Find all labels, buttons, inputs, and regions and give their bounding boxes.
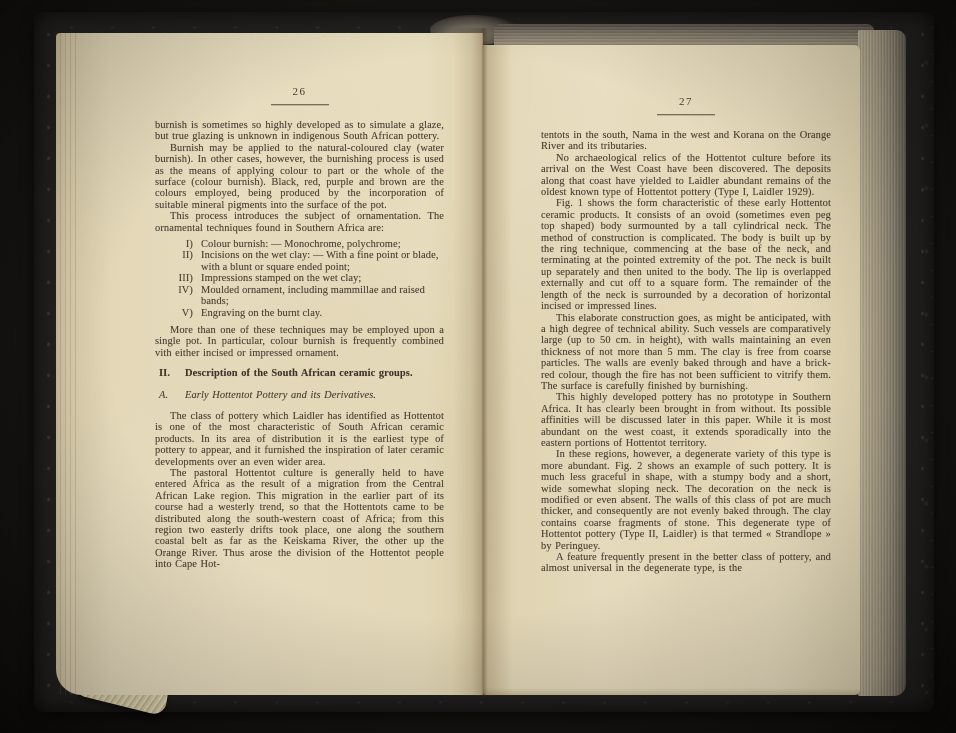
page-number-rule (657, 114, 715, 115)
paragraph: Burnish may be applied to the natural-co… (155, 143, 444, 211)
list-numeral: IV) (155, 285, 201, 308)
list-item-text: Moulded ornament, including mammillae an… (201, 285, 444, 308)
paragraph: This highly developed pottery has no pro… (541, 392, 831, 449)
section-heading-numeral: II. (159, 368, 185, 379)
ornament-techniques-list: I) Colour burnish: — Monochrome, polychr… (155, 239, 444, 319)
paragraph: tentots in the south, Nama in the west a… (541, 130, 831, 153)
list-numeral: I) (155, 239, 201, 250)
list-numeral: II) (155, 250, 201, 273)
list-item-text: Colour burnish: — Monochrome, polychrome… (201, 239, 444, 250)
section-heading-text: Description of the South African ceramic… (185, 368, 444, 379)
list-item: III) Impressions stamped on the wet clay… (155, 273, 444, 284)
section-heading: II. Description of the South African cer… (159, 368, 444, 379)
page-number-rule (271, 104, 329, 105)
paragraph: Fig. 1 shows the form characteristic of … (541, 198, 831, 312)
paragraph: burnish is sometimes so highly developed… (155, 120, 444, 143)
subsection-heading-letter: A. (159, 390, 185, 401)
list-numeral: III) (155, 273, 201, 284)
left-page-number: 26 (293, 86, 307, 98)
paragraph: The pastoral Hottentot culture is genera… (155, 468, 444, 571)
subsection-heading: A. Early Hottentot Pottery and its Deriv… (159, 390, 444, 401)
right-page-header: 27 (541, 92, 831, 115)
paragraph: A feature frequently present in the bett… (541, 552, 831, 575)
list-item: IV) Moulded ornament, including mammilla… (155, 285, 444, 308)
paragraph: No archaeological relics of the Hottento… (541, 153, 831, 199)
list-item-text: Engraving on the burnt clay. (201, 308, 444, 319)
list-item-text: Impressions stamped on the wet clay; (201, 273, 444, 284)
subsection-heading-text: Early Hottentot Pottery and its Derivati… (185, 390, 444, 401)
right-page-number: 27 (679, 96, 693, 108)
paragraph: This elaborate construction goes, as mig… (541, 313, 831, 393)
page-fore-edge-stack (858, 30, 906, 696)
list-item: I) Colour burnish: — Monochrome, polychr… (155, 239, 444, 250)
paragraph: In these regions, however, a degenerate … (541, 449, 831, 552)
list-item-text: Incisions on the wet clay: — With a fine… (201, 250, 444, 273)
left-page-header: 26 (155, 82, 444, 105)
photo-background: 26 burnish is sometimes so highly develo… (0, 0, 956, 733)
paragraph: More than one of these techniques may be… (155, 325, 444, 359)
left-page-text-column: 26 burnish is sometimes so highly develo… (155, 82, 444, 571)
list-numeral: V) (155, 308, 201, 319)
paragraph: This process introduces the subject of o… (155, 211, 444, 234)
paragraph: The class of pottery which Laidler has i… (155, 411, 444, 468)
list-item: II) Incisions on the wet clay: — With a … (155, 250, 444, 273)
list-item: V) Engraving on the burnt clay. (155, 308, 444, 319)
right-page-text-column: 27 tentots in the south, Nama in the wes… (541, 92, 831, 575)
